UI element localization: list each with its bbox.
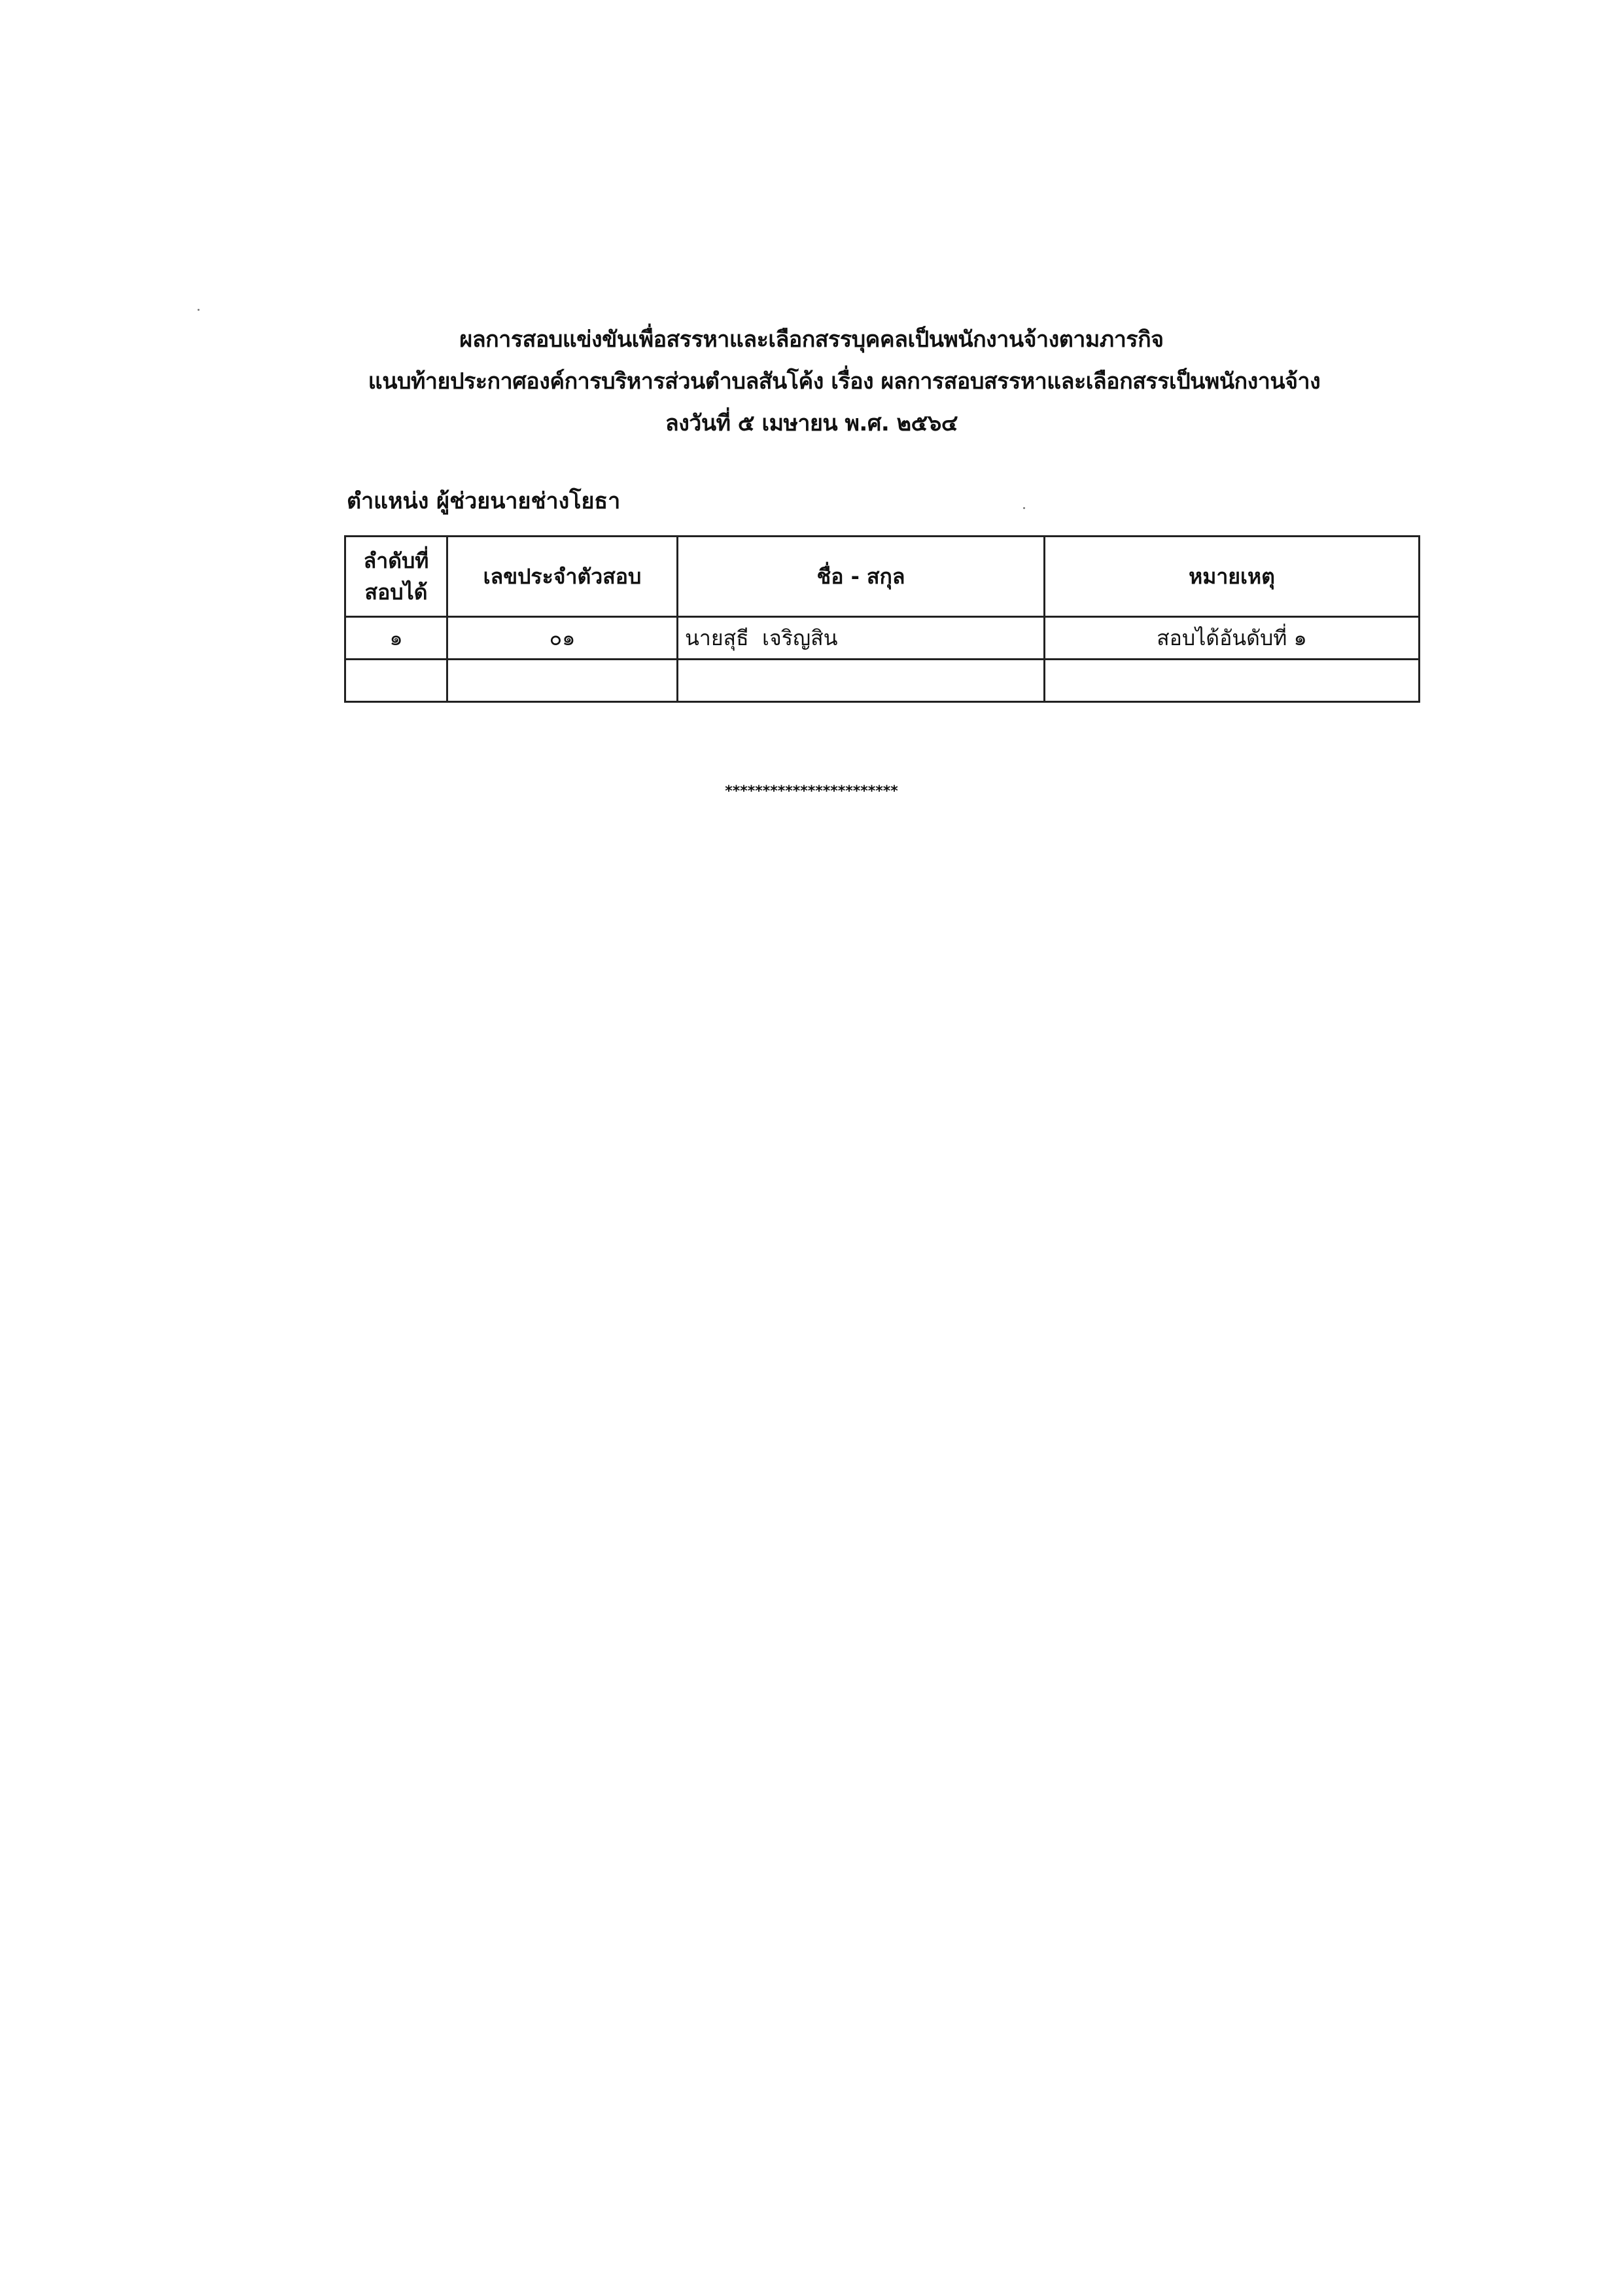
title-line-1: ผลการสอบแข่งขันเพื่อสรรหาและเลือกสรรบุคค… xyxy=(0,319,1623,361)
table-row: ๑ ๐๑ นายสุธี เจริญสิน สอบได้อันดับที่ ๑ xyxy=(345,617,1420,660)
cell-rank: ๑ xyxy=(345,617,447,660)
document-title: ผลการสอบแข่งขันเพื่อสรรหาและเลือกสรรบุคค… xyxy=(0,319,1623,444)
table-row xyxy=(345,660,1420,702)
cell-name xyxy=(678,660,1045,702)
header-remark: หมายเหตุ xyxy=(1045,537,1420,617)
table-header-row: ลำดับที่ สอบได้ เลขประจำตัวสอบ ชื่อ - สก… xyxy=(345,537,1420,617)
results-table: ลำดับที่ สอบได้ เลขประจำตัวสอบ ชื่อ - สก… xyxy=(344,535,1420,703)
position-label: ตำแหน่ง ผู้ช่วยนายช่างโยธา xyxy=(347,483,620,518)
cell-name: นายสุธี เจริญสิน xyxy=(678,617,1045,660)
cell-exam-id xyxy=(447,660,678,702)
title-line-3-date: ลงวันที่ ๕ เมษายน พ.ศ. ๒๕๖๔ xyxy=(0,402,1623,444)
title-line-2: แนบท้ายประกาศองค์การบริหารส่วนตำบลสันโค้… xyxy=(0,361,1623,402)
cell-exam-id: ๐๑ xyxy=(447,617,678,660)
cell-remark: สอบได้อันดับที่ ๑ xyxy=(1045,617,1420,660)
header-rank: ลำดับที่ สอบได้ xyxy=(345,537,447,617)
end-marker: *********************** xyxy=(0,783,1623,800)
header-exam-id: เลขประจำตัวสอบ xyxy=(447,537,678,617)
cell-remark xyxy=(1045,660,1420,702)
scan-speck xyxy=(1023,507,1025,509)
cell-rank xyxy=(345,660,447,702)
scan-speck xyxy=(198,309,200,311)
header-name: ชื่อ - สกุล xyxy=(678,537,1045,617)
